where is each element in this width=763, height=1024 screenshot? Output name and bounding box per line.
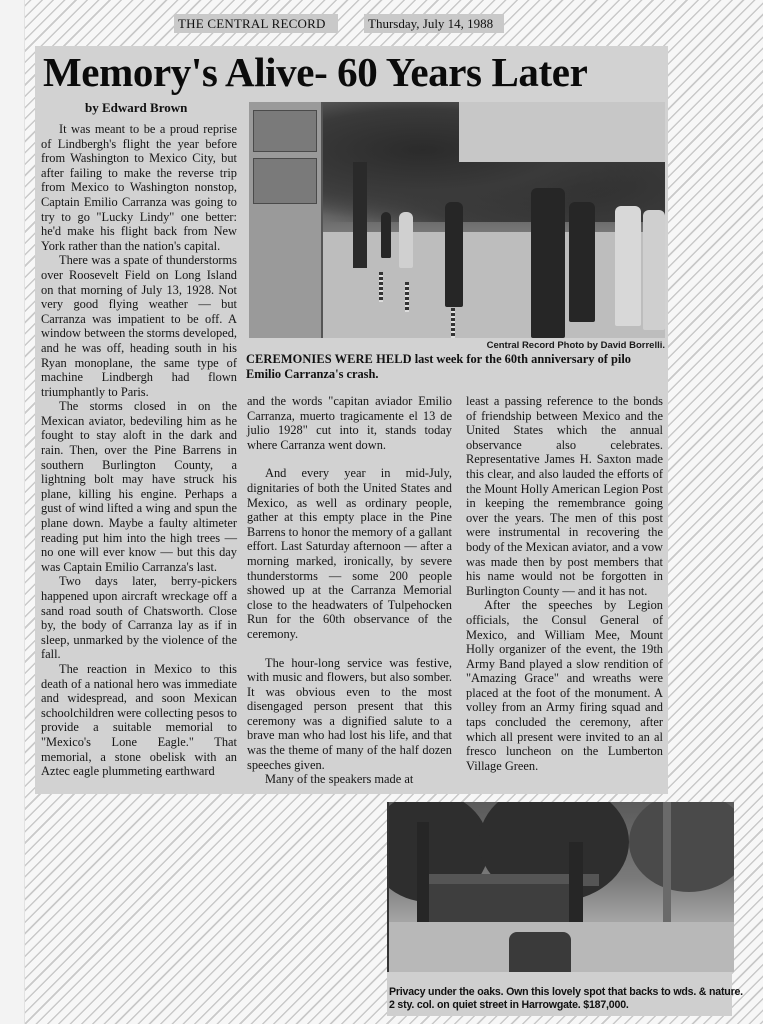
paragraph: After the speeches by Legion officials, …: [466, 598, 663, 773]
photo-sky: [459, 102, 665, 162]
photo-ground: [319, 232, 665, 338]
spectator-figure: [643, 210, 665, 330]
photo-tree: [629, 802, 734, 892]
article-column-1: It was meant to be a proud reprise of Li…: [41, 122, 237, 779]
spectator-figure: [381, 212, 391, 258]
newspaper-name: THE CENTRAL RECORD: [174, 14, 338, 33]
photo-tree-trunk: [663, 802, 671, 927]
paragraph: least a passing reference to the bonds o…: [466, 394, 663, 598]
flag-icon: [379, 272, 383, 302]
paragraph: And every year in mid-July, dignitaries …: [247, 466, 452, 641]
soldier-figure: [445, 202, 463, 307]
house-photo: [387, 802, 734, 972]
paragraph: There was a spate of thunderstorms over …: [41, 253, 237, 399]
memorial-plaque: [253, 158, 317, 204]
scrapbook-margin: [0, 0, 25, 1024]
ad-caption-line-2: 2 sty. col. on quiet street in Harrowgat…: [389, 999, 732, 1012]
photo-caption: CEREMONIES WERE HELD last week for the 6…: [246, 352, 668, 382]
paragraph: It was meant to be a proud reprise of Li…: [41, 122, 237, 253]
photo-tree-trunk: [353, 162, 367, 268]
memorial-plaque: [253, 110, 317, 152]
officer-figure: [569, 202, 595, 322]
caption-text: last week for the 60th anniversary of pi…: [412, 352, 631, 366]
flag-icon: [451, 308, 455, 338]
real-estate-ad-caption: Privacy under the oaks. Own this lovely …: [387, 972, 732, 1016]
house-garage: [427, 884, 577, 924]
headline: Memory's Alive- 60 Years Later: [43, 48, 663, 96]
article-column-3: least a passing reference to the bonds o…: [466, 394, 663, 773]
photo-planter: [509, 932, 571, 972]
spectator-figure: [615, 206, 641, 326]
caption-text-line2: Emilio Carranza's crash.: [246, 367, 379, 381]
ceremony-photo: [249, 102, 665, 338]
paragraph: Many of the speakers made at: [247, 772, 452, 787]
paragraph: The storms closed in on the Mexican avia…: [41, 399, 237, 574]
photo-tree-trunk: [569, 842, 583, 927]
paragraph: Two days later, berry-pickers happened u…: [41, 574, 237, 662]
soldier-figure: [531, 188, 565, 338]
paragraph: The hour-long service was festive, with …: [247, 656, 452, 773]
memorial-obelisk: [249, 102, 323, 338]
article-column-2: and the words "capitan aviador Emilio Ca…: [247, 394, 452, 787]
caption-lead: CEREMONIES WERE HELD: [246, 352, 412, 366]
paragraph: and the words "capitan aviador Emilio Ca…: [247, 394, 452, 452]
spectator-figure: [399, 212, 413, 268]
ad-caption-line-1: Privacy under the oaks. Own this lovely …: [389, 986, 732, 999]
flag-icon: [405, 282, 409, 312]
article-clipping: Memory's Alive- 60 Years Later by Edward…: [35, 46, 668, 794]
byline: by Edward Brown: [85, 100, 187, 116]
photo-credit: Central Record Photo by David Borrelli.: [249, 340, 665, 351]
paragraph: The reaction in Mexico to this death of …: [41, 662, 237, 779]
photo-tree-trunk: [417, 822, 429, 932]
publication-date: Thursday, July 14, 1988: [364, 14, 504, 33]
